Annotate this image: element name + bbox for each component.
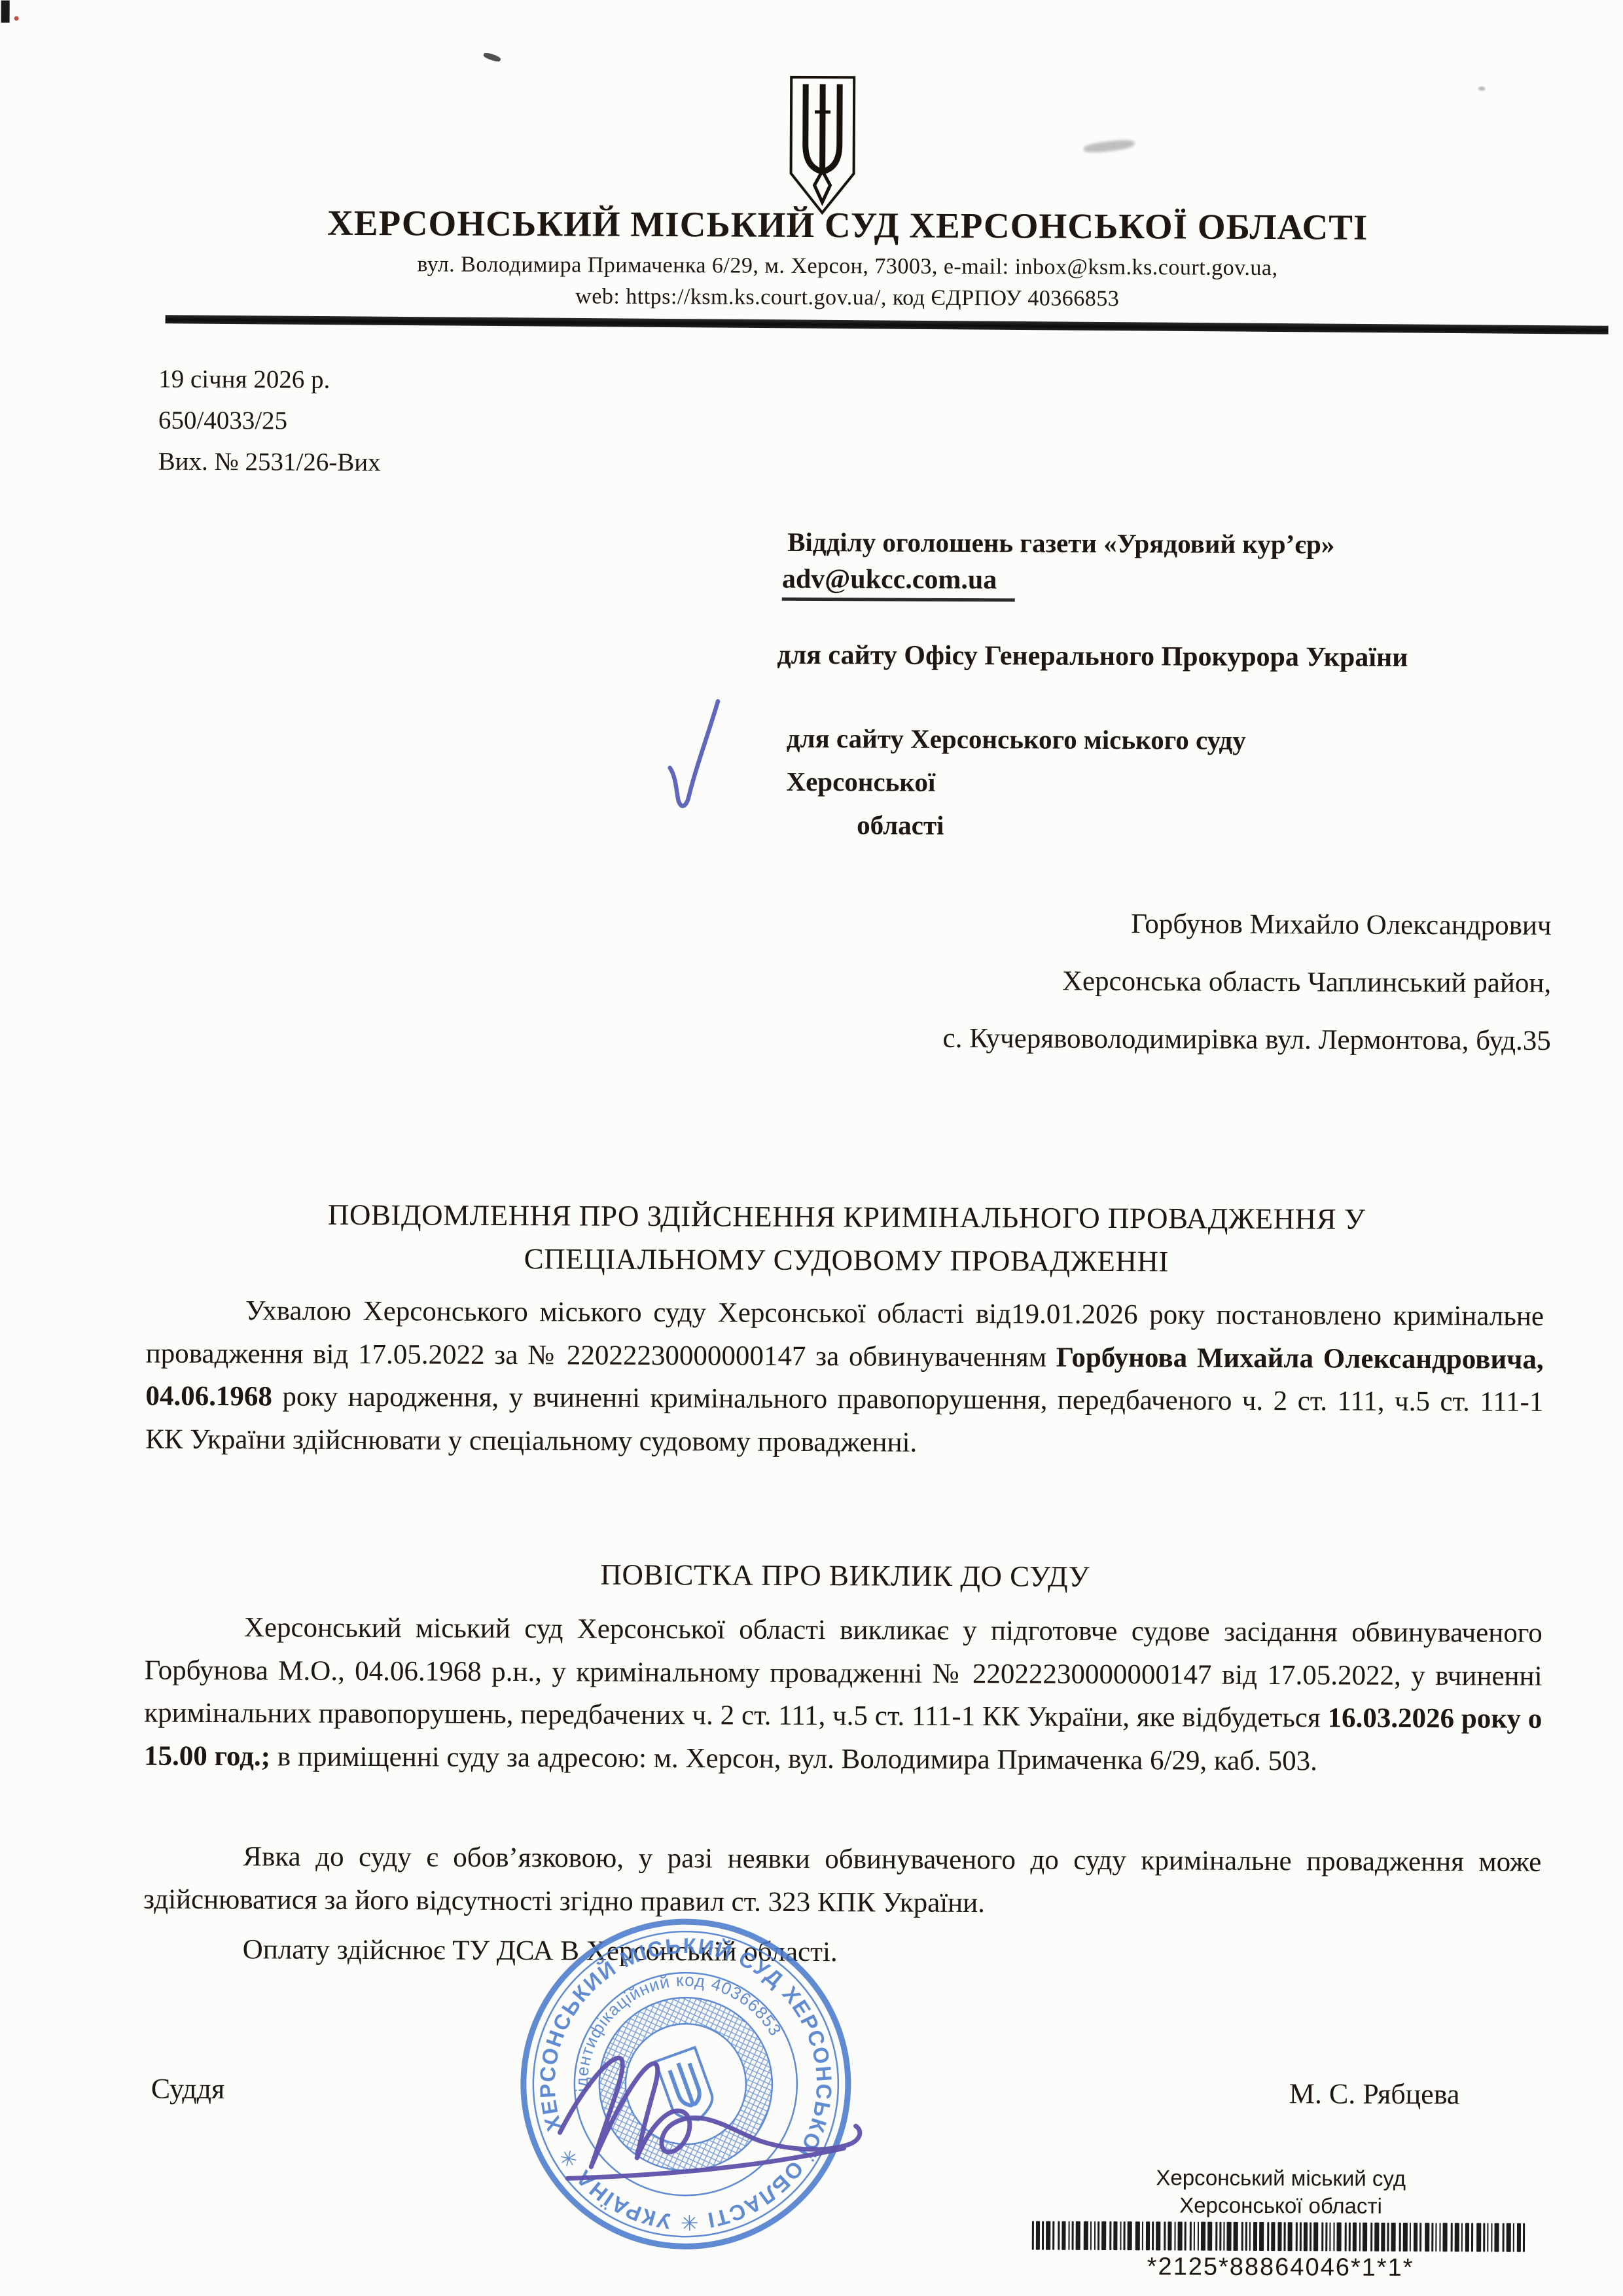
barcode-bar (1094, 2221, 1096, 2250)
barcode-bar (1234, 2222, 1238, 2251)
addressee-region: Херсонська область Чаплинський район, (690, 951, 1551, 1013)
barcode-bar (1058, 2221, 1060, 2250)
barcode-bar (1513, 2223, 1515, 2252)
barcode-bar (1084, 2221, 1088, 2250)
barcode-bar (1223, 2222, 1225, 2251)
barcode-bar (1391, 2223, 1396, 2251)
barcode-bar (1439, 2223, 1441, 2251)
barcode-bar (1097, 2221, 1099, 2250)
barcode-bar (1363, 2223, 1367, 2251)
barcode-bar (1152, 2221, 1154, 2250)
barcode-bar (1310, 2222, 1311, 2251)
barcode-bar (1495, 2223, 1499, 2252)
barcode-bar (1425, 2223, 1429, 2251)
barcode-bar (1333, 2223, 1335, 2251)
recipient-court-site: для сайту Херсонського міського суду Хер… (786, 717, 1246, 848)
barcode-bar (1109, 2221, 1111, 2250)
barcode-bar (1259, 2222, 1264, 2251)
barcode-bar (1145, 2221, 1150, 2250)
barcode-bar (1207, 2222, 1212, 2251)
scan-artifact-smudge (1083, 138, 1135, 154)
notice-text-post: року народження, у вчиненні кримінальног… (145, 1381, 1543, 1458)
summons-text-post: в приміщенні суду за адресою: м. Херсон,… (270, 1741, 1317, 1776)
summons-paragraph-1: Херсонський міський суд Херсонської обла… (144, 1606, 1543, 1784)
barcode-bar (1435, 2223, 1437, 2251)
barcode-bar (1483, 2223, 1485, 2252)
judge-label: Суддя (151, 2072, 225, 2106)
barcode-bar (1345, 2223, 1347, 2251)
barcode-caption-line2: Херсонської області (1032, 2192, 1529, 2219)
barcode-bar (1271, 2222, 1275, 2251)
barcode-bar (1068, 2221, 1070, 2250)
barcode-bar (1304, 2222, 1308, 2251)
barcode-bar (1300, 2222, 1302, 2251)
notice-paragraph: Ухвалою Херсонського міського суду Херсо… (145, 1289, 1544, 1467)
scanned-court-document: ХЕРСОНСЬКИЙ МІСЬКИЙ СУД ХЕРСОНСЬКОЇ ОБЛА… (0, 0, 1623, 2296)
recipient-gazette-email: adv@ukcc.com.ua (782, 564, 1016, 602)
recipient-court-site-line3: області (786, 803, 1245, 848)
summons-paragraph-2: Явка до суду є обов’язковою, у разі неяв… (143, 1835, 1542, 1927)
barcode-bar (1523, 2223, 1525, 2252)
reference-block: 19 січня 2026 р. 650/4033/25 Вих. № 2531… (158, 359, 382, 483)
barcode-bar (1076, 2221, 1080, 2250)
summons-title: ПОВІСТКА ПРО ВИКЛИК ДО СУДУ (145, 1551, 1545, 1600)
barcode-bar (1061, 2221, 1066, 2250)
barcode-bar (1090, 2221, 1092, 2250)
recipient-court-site-line2: Херсонської (786, 760, 1245, 805)
header-divider-rule (166, 315, 1609, 334)
addressee-name: Горбунов Михайло Олександрович (690, 893, 1551, 955)
barcode-bar (1288, 2222, 1293, 2251)
barcode-bar (1399, 2223, 1401, 2251)
barcode-bar (1507, 2223, 1511, 2252)
scan-artifact-red-dot (14, 16, 19, 21)
barcode-bar (1215, 2222, 1217, 2251)
barcode-bar (1461, 2223, 1463, 2251)
barcode-bar (1072, 2221, 1074, 2250)
barcode-text: *2125*88864046*1*1* (1032, 2252, 1529, 2282)
barcode-bar (1101, 2221, 1106, 2250)
barcode-bars (1032, 2221, 1529, 2251)
barcode-bar (1349, 2223, 1351, 2251)
scan-artifact-corner (1, 1, 10, 23)
notice-title: ПОВІДОМЛЕННЯ ПРО ЗДІЙСНЕННЯ КРИМІНАЛЬНОГ… (146, 1193, 1547, 1285)
court-name-header: ХЕРСОНСЬКИЙ МІСЬКИЙ СУД ХЕРСОНСЬКОЇ ОБЛА… (72, 201, 1623, 249)
barcode-bar (1219, 2222, 1221, 2251)
addressee-block: Горбунов Михайло Олександрович Херсонськ… (690, 893, 1552, 1070)
recipient-gazette: Відділу оголошень газети «Урядовий кур’є… (787, 520, 1334, 566)
barcode-bar (1337, 2223, 1342, 2251)
judge-signature (548, 1982, 915, 2199)
barcode-bar (1465, 2223, 1469, 2251)
recipient-prosecutor-site: для сайту Офісу Генерального Прокурора У… (777, 639, 1408, 673)
court-address-line2: web: https://ksm.ks.court.gov.ua/, код Є… (72, 282, 1623, 314)
barcode-bar (1329, 2222, 1331, 2251)
barcode-bar (1241, 2222, 1243, 2251)
barcode-bar (1471, 2223, 1473, 2251)
judge-name: М. С. Рябцева (1289, 2077, 1460, 2111)
barcode-bar (1178, 2221, 1183, 2250)
barcode-bar (1201, 2222, 1205, 2251)
barcode-bar (1455, 2223, 1459, 2251)
barcode-bar (1321, 2222, 1323, 2251)
barcode-bar (1491, 2223, 1493, 2252)
barcode-bar (1503, 2223, 1505, 2252)
barcode-bar (1387, 2223, 1389, 2251)
barcode-bar (1245, 2222, 1247, 2251)
barcode-bar (1413, 2223, 1418, 2251)
addressee-street: с. Кучерявоволодимирівка вул. Лермонтова… (690, 1009, 1551, 1070)
barcode-bar (1370, 2223, 1372, 2251)
barcode-bar (1451, 2223, 1453, 2251)
barcode-bar (1135, 2221, 1140, 2250)
scan-artifact-dot (1478, 86, 1485, 90)
barcode-bar (1052, 2221, 1054, 2250)
recipient-court-site-line1: для сайту Херсонського міського суду (787, 717, 1246, 762)
notice-title-line2: СПЕЦІАЛЬНОМУ СУДОВОМУ ПРОВАДЖЕННІ (146, 1236, 1546, 1285)
barcode-bar (1419, 2223, 1421, 2251)
barcode-bar (1443, 2223, 1448, 2251)
barcode-bar (1267, 2222, 1269, 2251)
barcode-bar (1190, 2222, 1192, 2251)
court-address-line1: вул. Володимира Примаченка 6/29, м. Херс… (72, 251, 1623, 282)
barcode-bar (1042, 2221, 1044, 2250)
barcode-bar (1359, 2223, 1361, 2251)
barcode-bar (1164, 2221, 1166, 2250)
case-number: 650/4033/25 (158, 400, 381, 442)
barcode-bar (1113, 2221, 1118, 2250)
scan-artifact-dash (483, 52, 501, 63)
barcode-bar (1403, 2223, 1408, 2251)
barcode-bar (1227, 2222, 1232, 2251)
barcode-caption-line1: Херсонський міський суд (1032, 2164, 1529, 2191)
barcode-bar (1325, 2222, 1327, 2251)
barcode-bar (1516, 2223, 1521, 2252)
barcode-bar (1124, 2221, 1126, 2250)
barcode-bar (1142, 2221, 1144, 2250)
barcode-bar (1156, 2221, 1160, 2250)
barcode-bar (1296, 2222, 1298, 2251)
barcode-bar (1120, 2221, 1122, 2250)
barcode-bar (1197, 2222, 1199, 2251)
barcode-bar (1487, 2223, 1489, 2252)
handwritten-checkmark (657, 692, 736, 817)
barcode-bar (1194, 2222, 1196, 2251)
barcode-bar (1128, 2221, 1132, 2250)
barcode-bar (1476, 2223, 1481, 2251)
barcode-bar (1381, 2223, 1385, 2251)
barcode-bar (1253, 2222, 1257, 2251)
document-content: ХЕРСОНСЬКИЙ МІСЬКИЙ СУД ХЕРСОНСЬКОЇ ОБЛА… (0, 0, 1623, 2296)
barcode-bar (1410, 2223, 1412, 2251)
barcode-bar (1032, 2221, 1034, 2250)
notice-title-line1: ПОВІДОМЛЕННЯ ПРО ЗДІЙСНЕННЯ КРИМІНАЛЬНОГ… (146, 1193, 1546, 1242)
email-underlined: adv@ukcc.com.ua (782, 564, 1016, 602)
ukraine-trident-emblem-icon (785, 74, 859, 217)
barcode-bar (1185, 2222, 1186, 2251)
barcode-bar (1313, 2222, 1318, 2251)
barcode-bar (1431, 2223, 1433, 2251)
barcode-bar (1277, 2222, 1282, 2251)
outgoing-number: Вих. № 2531/26-Вих (158, 441, 381, 483)
document-date: 19 січня 2026 р. (158, 359, 381, 401)
barcode-bar (1284, 2222, 1286, 2251)
barcode-bar (1036, 2221, 1041, 2250)
barcode-bar (1249, 2222, 1251, 2251)
barcode-bar (1374, 2223, 1379, 2251)
barcode-bar (1174, 2221, 1176, 2250)
barcode-bar (1168, 2221, 1172, 2250)
barcode-bar (1353, 2223, 1357, 2251)
barcode-bar (1046, 2221, 1050, 2250)
